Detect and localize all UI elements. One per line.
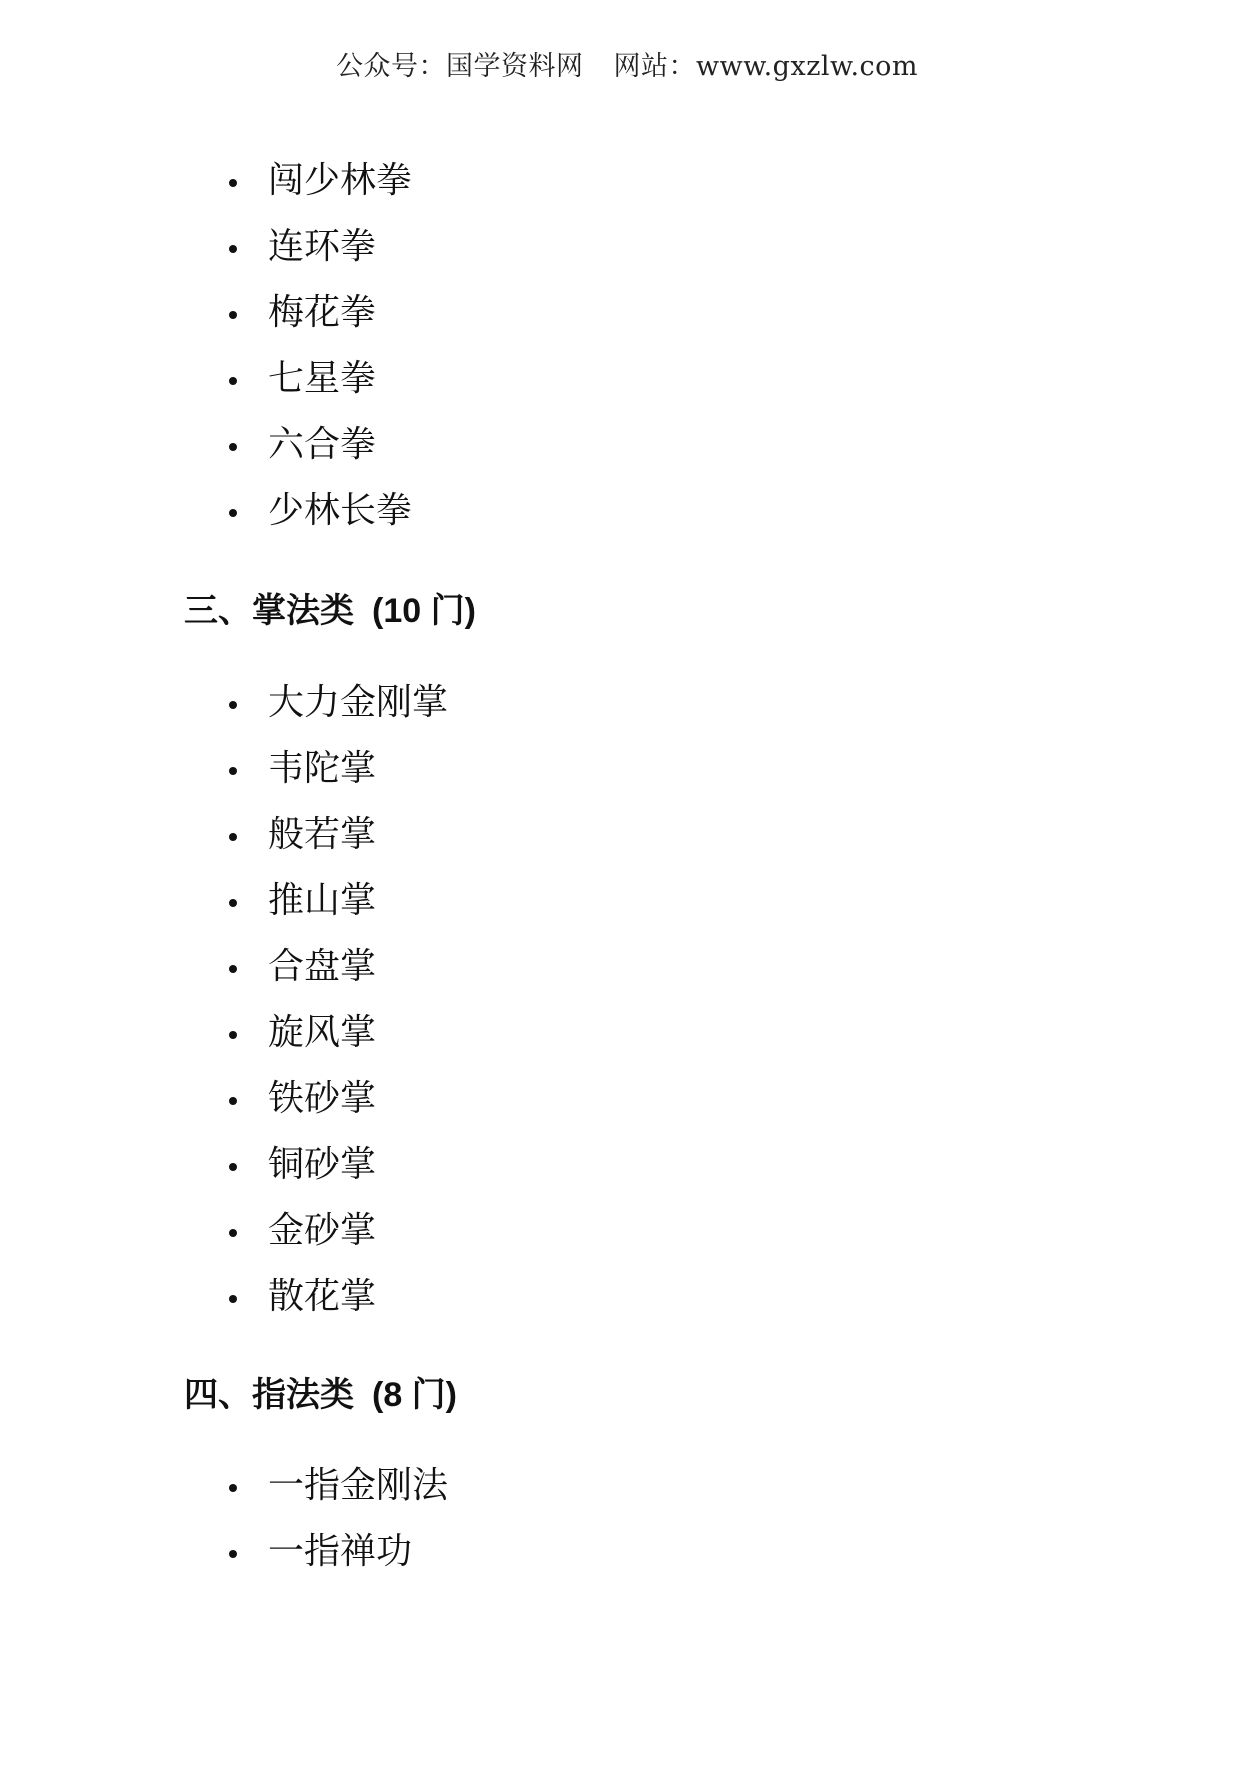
bullet-icon bbox=[229, 965, 237, 973]
bullet-icon bbox=[229, 767, 237, 775]
bullet-icon bbox=[229, 311, 237, 319]
fist-style-list: 闯少林拳 连环拳 梅花拳 七星拳 六合拳 少林长拳 bbox=[0, 148, 1254, 544]
finger-style-list: 一指金刚法 一指禅功 bbox=[0, 1453, 1254, 1585]
section-count: (10 门) bbox=[372, 592, 476, 630]
account-label: 公众号：国学资料网 bbox=[336, 51, 584, 82]
bullet-icon bbox=[229, 443, 237, 451]
list-item: 散花掌 bbox=[0, 1264, 1254, 1330]
bullet-icon bbox=[229, 1163, 237, 1171]
list-item: 梅花拳 bbox=[0, 280, 1254, 346]
list-item: 旋风掌 bbox=[0, 1000, 1254, 1066]
bullet-icon bbox=[229, 1550, 237, 1558]
list-item: 连环拳 bbox=[0, 214, 1254, 280]
bullet-icon bbox=[229, 701, 237, 709]
list-item: 般若掌 bbox=[0, 802, 1254, 868]
list-item: 一指禅功 bbox=[0, 1519, 1254, 1585]
section-title: 三、掌法类 bbox=[184, 591, 354, 631]
section-heading-palm: 三、掌法类(10 门) bbox=[184, 586, 476, 636]
site-label: 网站：www.gxzlw.com bbox=[613, 51, 918, 82]
list-item: 金砂掌 bbox=[0, 1198, 1254, 1264]
section-count: (8 门) bbox=[372, 1376, 457, 1414]
bullet-icon bbox=[229, 1295, 237, 1303]
bullet-icon bbox=[229, 377, 237, 385]
bullet-icon bbox=[229, 245, 237, 253]
palm-style-list: 大力金刚掌 韦陀掌 般若掌 推山掌 合盘掌 旋风掌 铁砂掌 铜砂掌 金砂掌 散花… bbox=[0, 670, 1254, 1330]
list-item: 七星拳 bbox=[0, 346, 1254, 412]
list-item: 一指金刚法 bbox=[0, 1453, 1254, 1519]
bullet-icon bbox=[229, 1229, 237, 1237]
list-item: 铁砂掌 bbox=[0, 1066, 1254, 1132]
list-item: 推山掌 bbox=[0, 868, 1254, 934]
page-header: 公众号：国学资料网网站：www.gxzlw.com bbox=[0, 44, 1254, 83]
bullet-icon bbox=[229, 1031, 237, 1039]
bullet-icon bbox=[229, 1097, 237, 1105]
bullet-icon bbox=[229, 833, 237, 841]
list-item: 六合拳 bbox=[0, 412, 1254, 478]
list-item: 闯少林拳 bbox=[0, 148, 1254, 214]
bullet-icon bbox=[229, 1484, 237, 1492]
bullet-icon bbox=[229, 179, 237, 187]
bullet-icon bbox=[229, 509, 237, 517]
bullet-icon bbox=[229, 899, 237, 907]
list-item: 少林长拳 bbox=[0, 478, 1254, 544]
section-title: 四、指法类 bbox=[184, 1375, 354, 1415]
list-item: 大力金刚掌 bbox=[0, 670, 1254, 736]
list-item: 合盘掌 bbox=[0, 934, 1254, 1000]
list-item: 铜砂掌 bbox=[0, 1132, 1254, 1198]
list-item: 韦陀掌 bbox=[0, 736, 1254, 802]
section-heading-finger: 四、指法类(8 门) bbox=[184, 1370, 457, 1420]
